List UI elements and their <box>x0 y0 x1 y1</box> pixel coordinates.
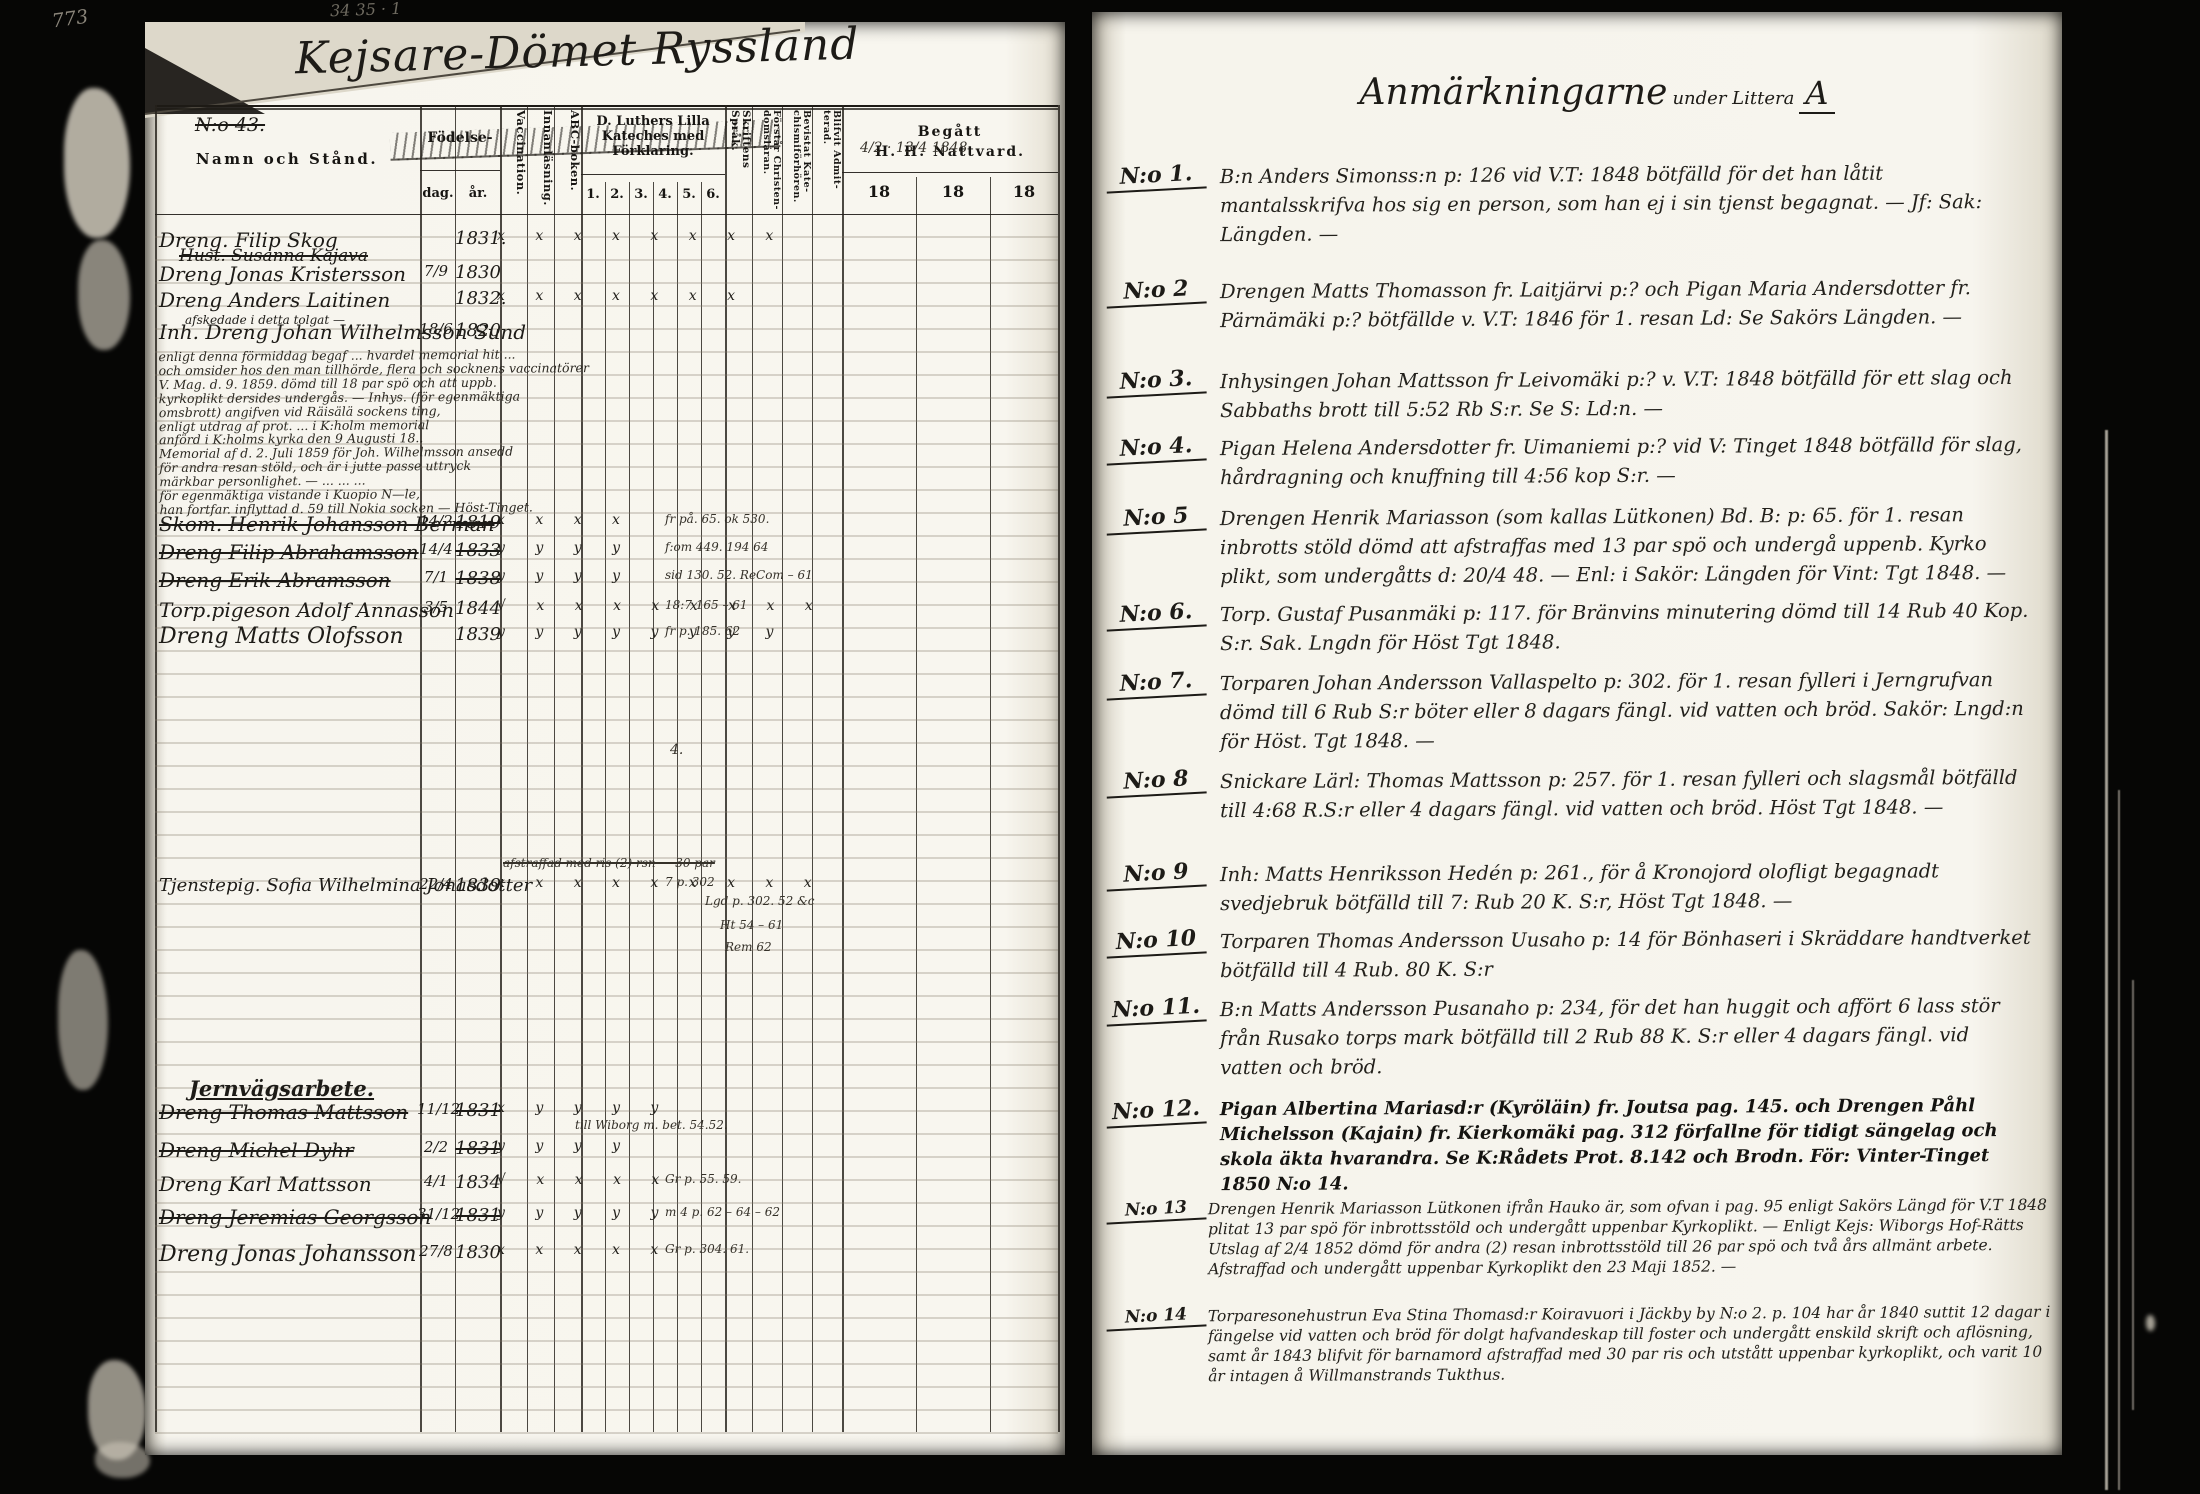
remark-number: N:o 4. <box>1105 431 1206 465</box>
row-year: 1834 <box>455 1172 501 1193</box>
remark-text: Inhysingen Johan Mattsson fr Leivomäki p… <box>1220 363 2032 425</box>
remark-text: Torparesonehustrun Eva Stina Thomasd:r K… <box>1208 1302 2053 1386</box>
remark-number: N:o 13 <box>1105 1196 1206 1224</box>
remark-text: Snickare Lärl: Thomas Mattsson p: 257. f… <box>1220 763 2032 825</box>
table-row: Inh. Dreng Johan Wilhelmsson Sund 18/6 1… <box>145 320 1065 346</box>
left-page: Kejsare-Dömet Ryssland N:o 43. Namn och … <box>145 22 1065 1455</box>
remark-number: N:o 12. <box>1105 1094 1206 1128</box>
remark-text: Torp. Gustaf Pusanmäki p: 117. för Bränv… <box>1220 596 2032 658</box>
remark-number: N:o 8 <box>1105 764 1206 798</box>
remark-entry: N:o 8 Snickare Lärl: Thomas Mattsson p: … <box>1100 765 2050 823</box>
column-header-bevistat: Bevistat Kate­chismiförhören. <box>783 110 811 212</box>
remark-entry: N:o 6. Torp. Gustaf Pusanmäki p: 117. fö… <box>1100 598 2050 656</box>
table-top-rule <box>155 105 1058 107</box>
birth-subrule <box>420 170 500 171</box>
row-birthday: 2/2 <box>417 1138 455 1156</box>
begatt-subcol-1: 18 <box>842 182 916 201</box>
film-scratch <box>2118 790 2120 1490</box>
katekes-subcol-2: 2. <box>605 187 629 202</box>
remark-number: N:o 11. <box>1105 992 1206 1026</box>
row-margin-note: fr på. 65. ok 530. <box>665 512 925 526</box>
margin-fragment: Rem 62 <box>725 940 772 954</box>
remark-text: B:n Matts Andersson Pusanaho p: 234, för… <box>1220 991 2032 1082</box>
remarks-heading-mid: under Littera <box>1672 88 1794 109</box>
film-blotch <box>2146 1315 2155 1331</box>
remark-entry: N:o 7. Torparen Johan Andersson Vallaspe… <box>1100 667 2050 754</box>
remark-entry: N:o 10 Torparen Thomas Andersson Uusaho … <box>1100 925 2050 983</box>
remarks-heading-letter: A <box>1799 74 1834 114</box>
film-scratch <box>2132 980 2134 1410</box>
remark-number: N:o 6. <box>1105 597 1206 631</box>
row-birthday: 27/8 <box>417 1242 455 1260</box>
remark-text: B:n Anders Simonss:n p: 126 vid V.T: 184… <box>1220 158 2032 249</box>
margin-fragment: 4/2 · 13/4 1848 <box>860 140 967 156</box>
row-year: 1830 <box>455 262 501 283</box>
row-birthday: 7/1 <box>417 568 455 586</box>
remark-entry: N:o 4. Pigan Helena Andersdotter fr. Uim… <box>1100 432 2050 490</box>
row-marks: x y y y y <box>497 1100 837 1116</box>
dense-annotation-block: enligt denna förmiddag begaf ... hvardel… <box>158 344 1039 517</box>
film-blotch <box>78 240 130 350</box>
row-year: 1819 <box>455 512 501 533</box>
film-blotch <box>58 950 108 1090</box>
table-row: Torp.pigeson Adolf Annasson 3/5 1844 √ x… <box>145 598 1065 624</box>
row-marks: y y y y <box>497 1138 837 1154</box>
margin-fragment: Ht 54 – 61 <box>720 918 783 932</box>
row-year: 1839 <box>455 624 501 645</box>
remarks-heading: Anmärkningarne under Littera A <box>1267 72 1927 113</box>
row-margin-note: 7 p. 302 <box>665 875 925 889</box>
table-row: Dreng Filip Abrahamsson 14/4 1833 y y y … <box>145 540 1065 566</box>
header-bottom-rule <box>155 214 1058 215</box>
margin-fragment: afstraffad med ris (2) rsn — 30 par <box>503 856 715 870</box>
row-year: 1831 <box>455 1205 501 1226</box>
row-name: Dreng Anders Laitinen <box>159 288 499 312</box>
column-header-abc: ABC-boken. <box>557 110 581 212</box>
katekes-subcol-4: 4. <box>653 187 677 202</box>
row-year: 1820 <box>455 320 501 341</box>
remark-number: N:o 2 <box>1105 274 1206 308</box>
row-margin-note: till Wiborg m. bet. 54.52. <box>575 1118 835 1132</box>
table-row: Dreng Matts Olofsson 1839 y y y y y y y … <box>145 624 1065 650</box>
remark-number: N:o 9 <box>1105 857 1206 891</box>
row-birthday: 11/12 <box>417 1100 455 1118</box>
row-year: 1833 <box>455 540 501 561</box>
remark-entry: N:o 3. Inhysingen Johan Mattsson fr Leiv… <box>1100 365 2050 423</box>
katekes-subrule <box>581 174 725 175</box>
row-birthday: 14/2 <box>417 512 455 530</box>
row-margin-note: fr p. 185. 62 <box>665 624 925 638</box>
column-header-name: Namn och Stånd. <box>159 150 415 168</box>
row-birthday: 18/6 <box>417 320 455 338</box>
table-row: Tjenstepig. Sofia Wilhelmina Jonasdotter… <box>145 875 1065 901</box>
column-header-day: dag. <box>420 186 456 201</box>
column-header-katekes-2: Kateches med <box>581 129 725 144</box>
column-header-begatt-1: Begått <box>842 122 1058 142</box>
remark-text: Drengen Henrik Mariasson (som kallas Lüt… <box>1220 500 2032 591</box>
film-scratch <box>2105 430 2108 1490</box>
row-margin-note: 18:7 165 – 61 <box>665 598 925 612</box>
remark-entry: N:o 14 Torparesonehustrun Eva Stina Thom… <box>1100 1304 2050 1384</box>
remark-number: N:o 7. <box>1105 666 1206 700</box>
column-header-forstar: Förstår Christen­domsläran. <box>753 110 781 212</box>
row-year: 1831 <box>455 1138 501 1159</box>
column-header-vaccination: Vaccination. <box>503 110 527 212</box>
film-blotch <box>95 1442 150 1478</box>
katekes-subcol-3: 3. <box>629 187 653 202</box>
row-marks: x x x x x x x x <box>497 228 837 244</box>
film-top-scribble: 34 35 · 1 <box>330 0 402 20</box>
table-row: Dreng Michel Dyhr 2/2 1831 y y y y <box>145 1138 1065 1164</box>
column-header-blifvit: Blifvit Admit­terad. <box>813 110 841 212</box>
row-birthday: 7/9 <box>417 262 455 280</box>
row-margin-note: sid 130. 52. ReCom – 61 <box>665 568 925 582</box>
row-birthday: 4/1 <box>417 1172 455 1190</box>
remark-entry: N:o 13 Drengen Henrik Mariasson Lütkonen… <box>1100 1197 2050 1277</box>
row-margin-note: Gr p. 55. 59. <box>665 1172 925 1186</box>
column-header-innanlasning: Innanläsning. <box>530 110 554 212</box>
column-header-year: år. <box>456 186 500 201</box>
row-year: 1831 <box>455 1100 501 1121</box>
table-row: Dreng Karl Mattsson 4/1 1834 √ x x x x G… <box>145 1172 1065 1198</box>
row-year: 1838 <box>455 568 501 589</box>
remark-entry: N:o 1. B:n Anders Simonss:n p: 126 vid V… <box>1100 160 2050 247</box>
remark-entry: N:o 11. B:n Matts Andersson Pusanaho p: … <box>1100 993 2050 1080</box>
remark-number: N:o 14 <box>1105 1303 1206 1331</box>
table-row: Dreng Anders Laitinen 1832. x x x x x x … <box>145 288 1065 314</box>
film-blotch <box>64 88 130 238</box>
corner-number: N:o 43. <box>195 114 265 136</box>
begatt-subrule <box>842 172 1058 173</box>
row-year: 1839 <box>455 875 501 896</box>
table-row: Skom. Henrik Johansson Berman 14/2 1819 … <box>145 512 1065 538</box>
row-margin-note: Gr p. 304. 61. <box>665 1242 925 1256</box>
row-year: 1844 <box>455 598 501 619</box>
remark-text: Pigan Albertina Mariasd:r (Kyröläin) fr.… <box>1220 1093 2033 1197</box>
remark-entry: N:o 9 Inh: Matts Henriksson Hedén p: 261… <box>1100 858 2050 916</box>
katekes-subcol-6: 6. <box>701 187 725 202</box>
row-name: Dreng Matts Olofsson <box>159 624 499 649</box>
begatt-subcol-2: 18 <box>916 182 990 201</box>
remark-number: N:o 5 <box>1105 501 1206 535</box>
row-year: 1832. <box>455 288 501 309</box>
table-row: Dreng Erik Abramsson 7/1 1838 y y y y si… <box>145 568 1065 594</box>
remarks-heading-main: Anmärkningarne <box>1359 72 1667 113</box>
remark-number: N:o 10 <box>1105 924 1206 958</box>
katekes-subcol-1: 1. <box>581 187 605 202</box>
row-margin-note: m 4 p. 62 – 64 – 62 <box>665 1205 925 1219</box>
remark-text: Pigan Helena Andersdotter fr. Uimaniemi … <box>1220 430 2032 492</box>
row-birthday: 3/5 <box>417 598 455 616</box>
remark-entry: N:o 12. Pigan Albertina Mariasd:r (Kyröl… <box>1100 1095 2050 1195</box>
remark-text: Drengen Matts Thomasson fr. Laitjärvi p:… <box>1220 273 2032 335</box>
remark-text: Inh: Matts Henriksson Hedén p: 261., för… <box>1220 856 2032 918</box>
row-year: 1830 <box>455 1242 501 1263</box>
row-marks: x x x x x x x <box>497 288 837 304</box>
remark-entry: N:o 2 Drengen Matts Thomasson fr. Laitjä… <box>1100 275 2050 333</box>
remark-text: Drengen Henrik Mariasson Lütkonen ifrån … <box>1208 1195 2053 1279</box>
column-header-skriftens: Skriftens Språk. <box>727 110 751 212</box>
row-birthday: 14/4 <box>417 540 455 558</box>
remark-number: N:o 3. <box>1105 364 1206 398</box>
archival-scan-viewport: 773 34 35 · 1 Kejsare-Dömet Ryssland N:o… <box>0 0 2200 1494</box>
film-margin-label: 773 <box>51 6 90 33</box>
remark-entry: N:o 5 Drengen Henrik Mariasson (som kall… <box>1100 502 2050 589</box>
right-page: Anmärkningarne under Littera A N:o 1. B:… <box>1092 12 2062 1455</box>
remark-text: Torparen Thomas Andersson Uusaho p: 14 f… <box>1220 923 2032 985</box>
remark-number: N:o 1. <box>1105 159 1206 193</box>
table-row: Dreng Thomas Mattsson 11/12 1831 x y y y… <box>145 1100 1065 1126</box>
column-header-katekes-1: D. Luthers Lilla <box>581 114 725 129</box>
table-row: Dreng Jonas Kristersson 7/9 1830 <box>145 262 1065 288</box>
row-margin-note: f:om 449. 194 64 <box>665 540 925 554</box>
table-row: Dreng Jeremias Georgsson 31/12 1831 y y … <box>145 1205 1065 1231</box>
margin-fragment: 4. <box>670 742 683 758</box>
section-heading: Jernvägsarbete. <box>189 1076 374 1101</box>
table-row: Dreng Jonas Johansson 27/8 1830 x x x x … <box>145 1242 1065 1268</box>
column-header-birth: Födelse- <box>420 130 500 146</box>
begatt-subcol-3: 18 <box>990 182 1058 201</box>
row-birthday: 31/12 <box>417 1205 455 1223</box>
remark-text: Torparen Johan Andersson Vallaspelto p: … <box>1220 665 2032 756</box>
row-birthday: 22/4 <box>417 875 455 893</box>
katekes-subcol-5: 5. <box>677 187 701 202</box>
column-header-katekes-3: Förklaring. <box>581 144 725 159</box>
